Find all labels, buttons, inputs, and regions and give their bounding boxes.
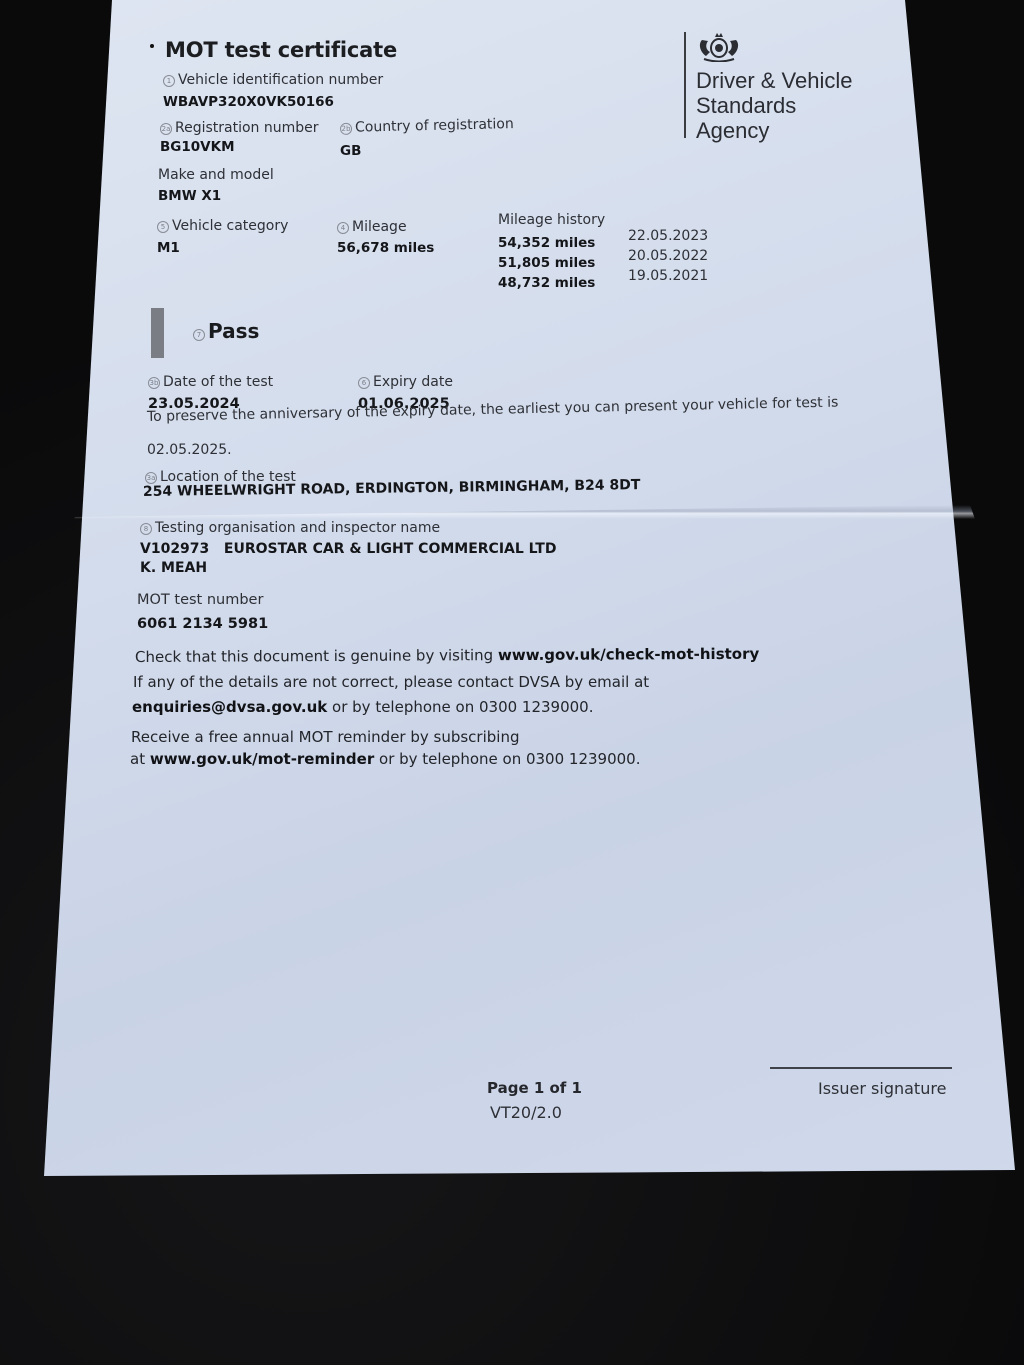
- signature-line: [770, 1067, 952, 1069]
- result-marker-bar: [151, 308, 164, 358]
- vehicle-category-label: 5Vehicle category: [157, 218, 288, 234]
- mileage-history-row: 51,805 miles 20.05.2022: [498, 252, 595, 272]
- page-indicator: Page 1 of 1: [487, 1079, 582, 1097]
- vin-value: WBAVP320X0VK50166: [163, 94, 334, 110]
- agency-name: Driver & Vehicle Standards Agency: [696, 68, 853, 143]
- punch-mark: [150, 44, 154, 48]
- agency-name-line-2: Standards: [696, 93, 853, 118]
- contact-notice-line-2: enquiries@dvsa.gov.uk or by telephone on…: [132, 698, 594, 716]
- field-number-badge: 3b: [148, 377, 160, 389]
- reminder-notice-line-1: Receive a free annual MOT reminder by su…: [131, 728, 519, 746]
- field-number-badge: 6: [358, 377, 370, 389]
- mileage-history-row: 48,732 miles 19.05.2021: [498, 272, 595, 292]
- mileage-label: 4Mileage: [337, 219, 407, 235]
- organisation-name: EUROSTAR CAR & LIGHT COMMERCIAL LTD: [224, 541, 557, 557]
- mileage-history-label: Mileage history: [498, 212, 605, 228]
- genuine-check-notice: Check that this document is genuine by v…: [135, 645, 759, 666]
- test-number-label: MOT test number: [137, 592, 263, 608]
- mot-reminder-link[interactable]: www.gov.uk/mot-reminder: [150, 750, 374, 768]
- field-number-badge: 2b: [340, 123, 352, 135]
- check-mot-history-link[interactable]: www.gov.uk/check-mot-history: [498, 645, 759, 664]
- form-code: VT20/2.0: [490, 1103, 562, 1122]
- registration-label: 2aRegistration number: [160, 120, 319, 136]
- registration-value: BG10VKM: [160, 139, 235, 155]
- history-date: 19.05.2021: [628, 268, 708, 284]
- document-title: MOT test certificate: [165, 38, 397, 62]
- vehicle-category-value: M1: [157, 240, 180, 256]
- field-number-badge: 1: [163, 75, 175, 87]
- earliest-test-date: 02.05.2025.: [147, 442, 232, 458]
- mot-certificate: MOT test certificate Driver & Vehicle St…: [0, 0, 1024, 1365]
- organisation-value: V102973 EUROSTAR CAR & LIGHT COMMERCIAL …: [140, 541, 556, 557]
- history-miles: 48,732 miles: [498, 275, 595, 291]
- site-id: V102973: [140, 541, 209, 557]
- field-number-badge: 5: [157, 221, 169, 233]
- anniversary-note: To preserve the anniversary of the expir…: [147, 395, 839, 425]
- history-date: 20.05.2022: [628, 248, 708, 264]
- make-model-value: BMW X1: [158, 188, 221, 204]
- agency-name-line-1: Driver & Vehicle: [696, 68, 853, 93]
- vin-label: 1Vehicle identification number: [163, 72, 383, 88]
- organisation-label: 8Testing organisation and inspector name: [140, 520, 440, 536]
- history-miles: 51,805 miles: [498, 255, 595, 271]
- mileage-history-list: 54,352 miles 22.05.2023 51,805 miles 20.…: [498, 232, 595, 292]
- mileage-value: 56,678 miles: [337, 240, 434, 256]
- history-miles: 54,352 miles: [498, 235, 595, 251]
- result-status: Pass: [208, 319, 259, 343]
- agency-name-line-3: Agency: [696, 118, 853, 143]
- expiry-date-label: 6Expiry date: [358, 374, 453, 390]
- field-number-badge: 2a: [160, 123, 172, 135]
- mileage-history-row: 54,352 miles 22.05.2023: [498, 232, 595, 252]
- field-number-badge: 4: [337, 222, 349, 234]
- test-number-value: 6061 2134 5981: [137, 616, 268, 632]
- country-label: 2bCountry of registration: [340, 116, 514, 136]
- history-date: 22.05.2023: [628, 228, 708, 244]
- field-number-badge: 3a: [145, 472, 157, 484]
- make-model-label: Make and model: [158, 167, 274, 183]
- issuer-signature-label: Issuer signature: [818, 1079, 946, 1098]
- dvsa-email-link[interactable]: enquiries@dvsa.gov.uk: [132, 698, 327, 716]
- test-result: 7Pass: [193, 319, 259, 343]
- reminder-notice-line-2: at www.gov.uk/mot-reminder or by telepho…: [130, 750, 640, 768]
- logo-divider: [684, 32, 686, 138]
- test-date-label: 3bDate of the test: [148, 374, 273, 390]
- field-number-badge: 8: [140, 523, 152, 535]
- royal-coat-of-arms-icon: [696, 30, 742, 66]
- inspector-name: K. MEAH: [140, 560, 207, 576]
- contact-notice-line-1: If any of the details are not correct, p…: [133, 673, 649, 691]
- field-number-badge: 7: [193, 329, 205, 341]
- country-value: GB: [340, 143, 361, 159]
